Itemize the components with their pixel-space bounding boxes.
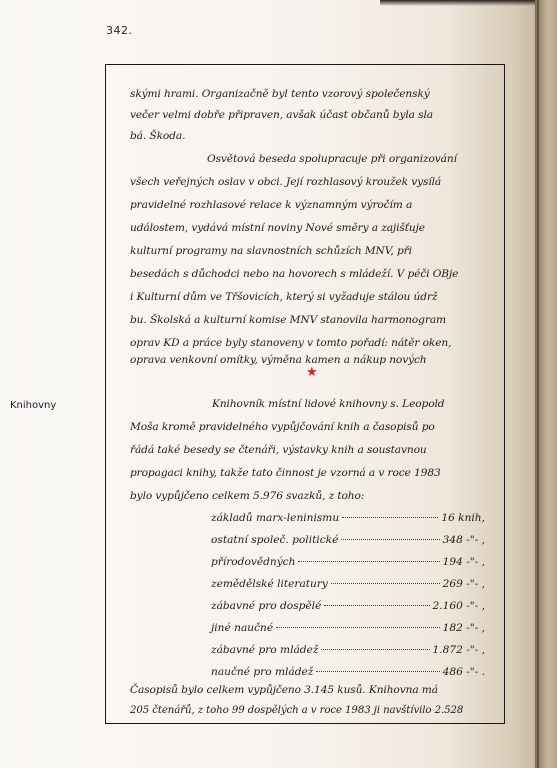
loan-row: zábavné pro mládež 1.872 -"- ,	[211, 644, 485, 656]
loan-value: 269 -"- ,	[443, 578, 485, 590]
text-line: propagaci knihy, takže tato činnost je v…	[130, 467, 441, 479]
text-line: oprava venkovní omítky, výměna kamen a n…	[130, 354, 427, 366]
paragraph-start: Knihovník místní lidové knihovny s. Leop…	[212, 398, 444, 410]
text-line: bá. Škoda.	[130, 130, 185, 142]
text-line: pravidelné rozhlasové relace k významným…	[130, 199, 412, 211]
text-line: bylo vypůjčeno celkem 5.976 svazků, z to…	[130, 490, 364, 502]
loan-row: jiné naučné 182 -"- ,	[211, 622, 485, 634]
loan-row: naučné pro mládež 486 -"- .	[211, 666, 485, 678]
paragraph-start: Osvětová beseda spolupracuje při organiz…	[207, 153, 457, 165]
leader-dots	[341, 539, 439, 540]
text-line: bu. Školská a kulturní komise MNV stanov…	[130, 314, 446, 326]
page-top-shadow	[380, 0, 557, 6]
leader-dots	[298, 561, 439, 562]
loan-value: 486 -"- .	[443, 666, 485, 678]
loan-category: přírodovědných	[211, 556, 295, 568]
loan-value: 2.160 -"- ,	[433, 600, 485, 612]
loan-category: zábavné pro mládež	[211, 644, 318, 656]
loan-value: 182 -"- ,	[443, 622, 485, 634]
binding-edge-line	[537, 0, 539, 768]
text-line: kulturní programy na slavnostních schůzí…	[130, 245, 412, 257]
loan-value: 1.872 -"- ,	[433, 644, 485, 656]
text-line: večer velmi dobře připraven, avšak účast…	[130, 109, 433, 121]
page-number: 342.	[106, 24, 133, 37]
text-line: 205 čtenářů, z toho 99 dospělých a v roc…	[130, 705, 463, 716]
loan-row: základů marx-leninismu 16 knih,	[211, 512, 485, 524]
loan-category: naučné pro mládež	[211, 666, 313, 678]
text-line: skými hrami. Organizačně byl tento vzoro…	[130, 88, 430, 100]
loan-category: ostatní společ. politické	[211, 534, 338, 546]
text-line: besedách s důchodci nebo na hovorech s m…	[130, 268, 458, 280]
loan-row: zemědělské literatury 269 -"- ,	[211, 578, 485, 590]
leader-dots	[316, 671, 439, 672]
loan-category: základů marx-leninismu	[211, 512, 339, 524]
red-star-icon: ★	[306, 366, 318, 379]
loan-category: zábavné pro dospělé	[211, 600, 321, 612]
text-line: i Kulturní dům ve Třšovicích, který si v…	[130, 291, 437, 303]
text-line: Časopisů bylo celkem vypůjčeno 3.145 kus…	[130, 684, 438, 696]
loan-row: zábavné pro dospělé 2.160 -"- ,	[211, 600, 485, 612]
text-line: oprav KD a práce byly stanoveny v tomto …	[130, 337, 451, 349]
loan-value: 16 knih,	[441, 512, 485, 524]
leader-dots	[324, 605, 429, 606]
text-line: Moša kromě pravidelného vypůjčování knih…	[130, 421, 435, 433]
leader-dots	[342, 517, 438, 518]
loan-value: 194 -"- ,	[443, 556, 485, 568]
text-line: řádá také besedy se čtenáři, výstavky kn…	[130, 444, 427, 456]
leader-dots	[321, 649, 429, 650]
margin-heading-knihovny: Knihovny	[10, 400, 56, 411]
loan-category: zemědělské literatury	[211, 578, 328, 590]
text-line: událostem, vydává místní noviny Nové smě…	[130, 222, 425, 234]
leader-dots	[276, 627, 440, 628]
loan-row: přírodovědných 194 -"- ,	[211, 556, 485, 568]
leader-dots	[331, 583, 440, 584]
loan-row: ostatní společ. politické 348 -"- ,	[211, 534, 485, 546]
text-line: všech veřejných oslav v obci. Její rozhl…	[130, 176, 441, 188]
loan-category: jiné naučné	[211, 622, 273, 634]
loan-value: 348 -"- ,	[443, 534, 485, 546]
